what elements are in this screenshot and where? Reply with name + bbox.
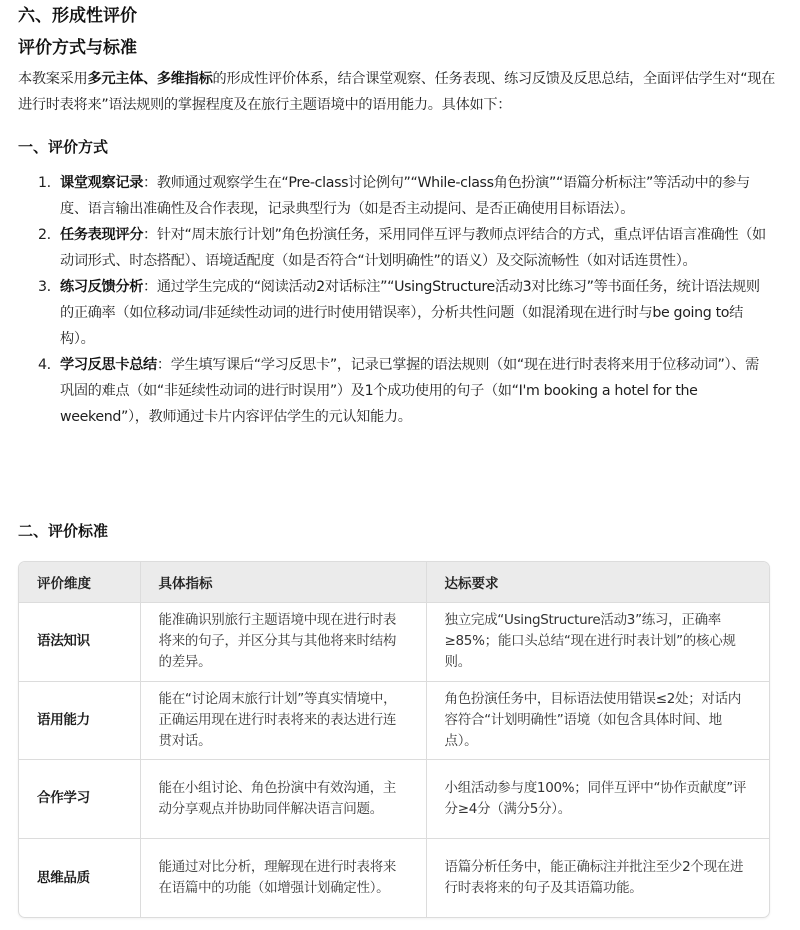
table-row: 思维品质 能通过对比分析，理解现在进行时表将来在语篇中的功能（如增强计划确定性）… [19, 838, 769, 918]
header-indicator: 具体指标 [140, 562, 426, 602]
cell-indicator: 能在小组讨论、角色扮演中有效沟通，主动分享观点并协助同伴解决语言问题。 [140, 759, 426, 838]
item-text: ：针对“周末旅行计划”角色扮演任务，采用同伴互评与教师点评结合的方式，重点评估语… [60, 227, 766, 269]
cell-requirement: 小组活动参与度100%；同伴互评中“协作贡献度”评分≥4分（满分5分）。 [426, 759, 769, 838]
method-item: 3.练习反馈分析：通过学生完成的“阅读活动2对话标注”“UsingStructu… [38, 274, 768, 352]
cell-indicator: 能通过对比分析，理解现在进行时表将来在语篇中的功能（如增强计划确定性）。 [140, 838, 426, 918]
item-title: 练习反馈分析 [60, 279, 143, 295]
table-row: 语用能力 能在“讨论周末旅行计划”等真实情境中，正确运用现在进行时表将来的表达进… [19, 681, 769, 759]
table-row: 合作学习 能在小组讨论、角色扮演中有效沟通，主动分享观点并协助同伴解决语言问题。… [19, 759, 769, 838]
item-number: 1. [38, 170, 51, 196]
method-item: 2.任务表现评分：针对“周末旅行计划”角色扮演任务，采用同伴互评与教师点评结合的… [38, 222, 768, 274]
cell-dimension: 合作学习 [19, 759, 140, 838]
header-requirement: 达标要求 [426, 562, 769, 602]
intro-bold-1: 多元主体 [87, 71, 143, 87]
cell-dimension: 语用能力 [19, 681, 140, 759]
cell-requirement: 角色扮演任务中，目标语法使用错误≤2处；对话内容符合“计划明确性”语境（如包含具… [426, 681, 769, 759]
section-title: 六、形成性评价 [18, 4, 137, 28]
subtitle: 评价方式与标准 [18, 36, 137, 60]
intro-paragraph: 本教案采用多元主体、多维指标的形成性评价体系，结合课堂观察、任务表现、练习反馈及… [18, 66, 788, 118]
item-title: 学习反思卡总结 [60, 357, 157, 373]
item-number: 4. [38, 352, 51, 378]
table-header-row: 评价维度 具体指标 达标要求 [19, 562, 769, 602]
standards-heading: 二、评价标准 [18, 519, 108, 543]
table-row: 语法知识 能准确识别旅行主题语境中现在进行时表将来的句子，并区分其与其他将来时结… [19, 602, 769, 681]
methods-list: 1.课堂观察记录：教师通过观察学生在“Pre-class讨论例句”“While-… [38, 170, 768, 430]
methods-heading: 一、评价方式 [18, 135, 108, 159]
cell-dimension: 语法知识 [19, 602, 140, 681]
standards-table: 评价维度 具体指标 达标要求 语法知识 能准确识别旅行主题语境中现在进行时表将来… [18, 561, 770, 918]
item-text: ：教师通过观察学生在“Pre-class讨论例句”“While-class角色扮… [60, 175, 750, 217]
cell-indicator: 能在“讨论周末旅行计划”等真实情境中，正确运用现在进行时表将来的表达进行连贯对话… [140, 681, 426, 759]
cell-requirement: 独立完成“UsingStructure活动3”练习，正确率≥85%；能口头总结“… [426, 602, 769, 681]
item-title: 任务表现评分 [60, 227, 143, 243]
intro-sep: 、 [143, 71, 157, 87]
method-item: 4.学习反思卡总结：学生填写课后“学习反思卡”，记录已掌握的语法规则（如“现在进… [38, 352, 768, 430]
cell-dimension: 思维品质 [19, 838, 140, 918]
cell-indicator: 能准确识别旅行主题语境中现在进行时表将来的句子，并区分其与其他将来时结构的差异。 [140, 602, 426, 681]
item-number: 2. [38, 222, 51, 248]
cell-requirement: 语篇分析任务中，能正确标注并批注至少2个现在进行时表将来的句子及其语篇功能。 [426, 838, 769, 918]
method-item: 1.课堂观察记录：教师通过观察学生在“Pre-class讨论例句”“While-… [38, 170, 768, 222]
item-title: 课堂观察记录 [60, 175, 143, 191]
item-text: ：学生填写课后“学习反思卡”，记录已掌握的语法规则（如“现在进行时表将来用于位移… [60, 357, 759, 425]
intro-prefix: 本教案采用 [18, 71, 87, 87]
item-text: ：通过学生完成的“阅读活动2对话标注”“UsingStructure活动3对比练… [60, 279, 760, 347]
intro-bold-2: 多维指标 [157, 71, 213, 87]
header-dimension: 评价维度 [19, 562, 140, 602]
item-number: 3. [38, 274, 51, 300]
